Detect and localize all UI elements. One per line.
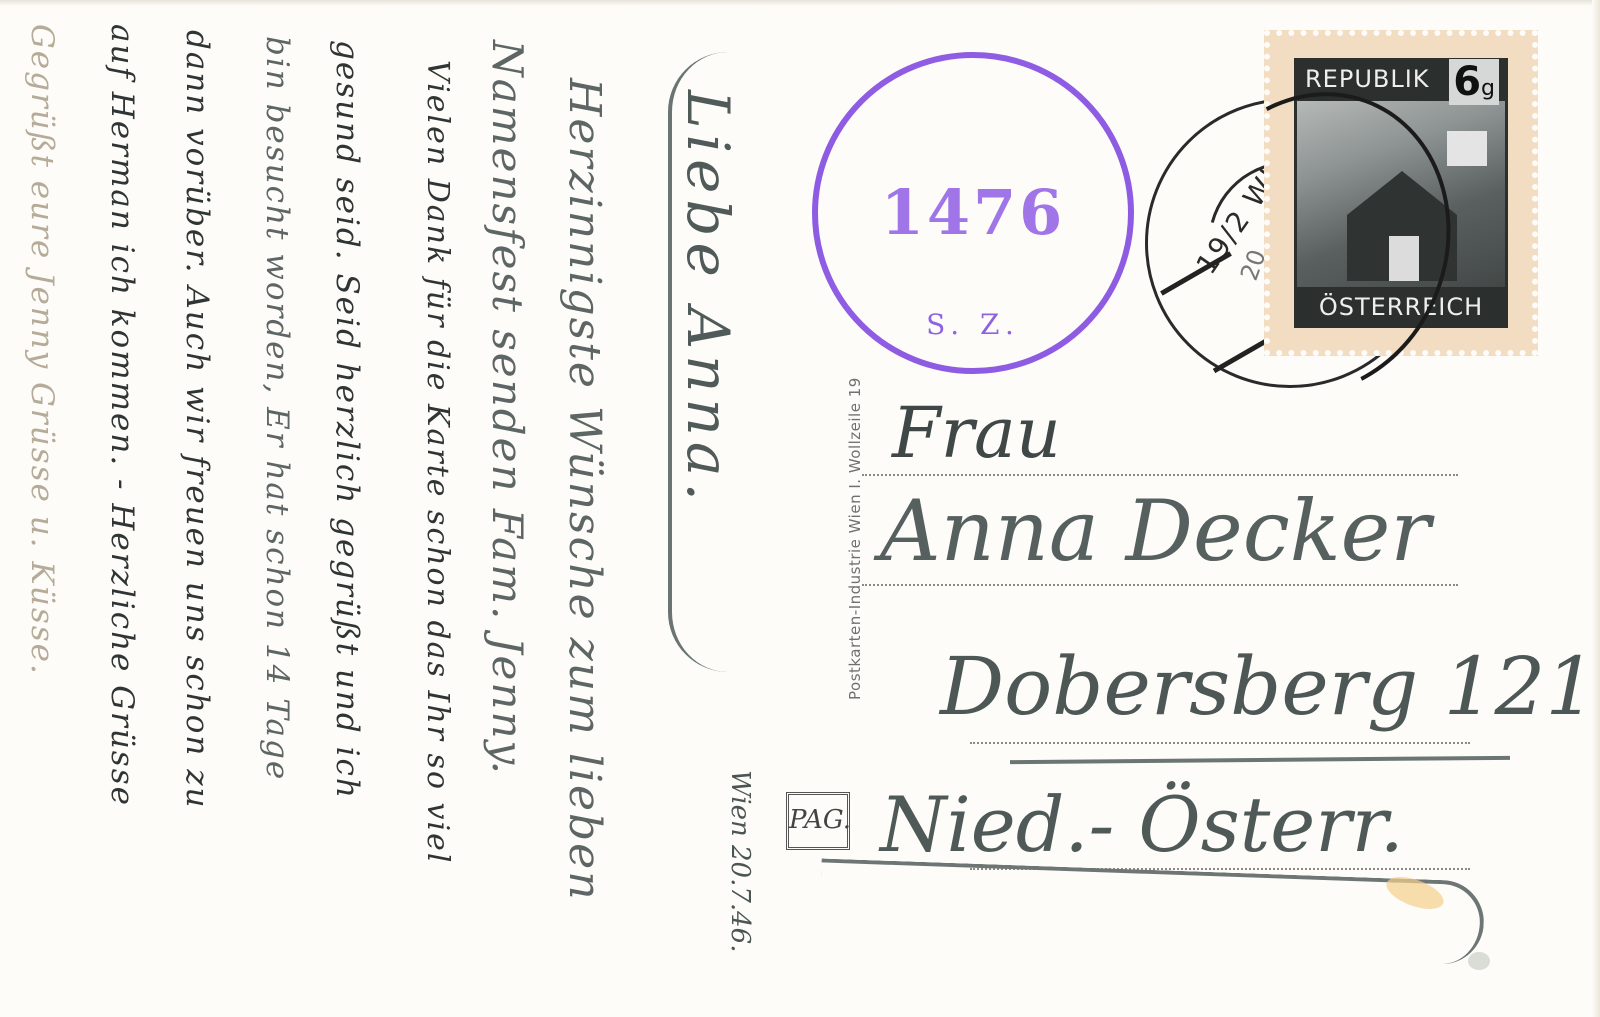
censor-letters: S. Z. bbox=[818, 308, 1128, 341]
message-line-3: Vielen Dank für die Karte schon das Ihr … bbox=[420, 60, 455, 864]
message-line-4: gesund seid. Seid herzlich gegrüßt und i… bbox=[329, 40, 365, 800]
stamp-value-number: 6 bbox=[1453, 59, 1481, 105]
sender-date: Wien 20.7.46. bbox=[725, 770, 755, 952]
card-edge-right bbox=[1592, 0, 1600, 1017]
stamp-value-unit: g bbox=[1481, 76, 1495, 101]
postcard-back: Herzinnigste Wünsche zum lieben Namensfe… bbox=[0, 0, 1600, 1017]
address-salutation: Frau bbox=[892, 392, 1061, 474]
stamp-value: 6g bbox=[1449, 59, 1499, 105]
message-line-2: Namensfest senden Fam. Jenny. bbox=[483, 40, 532, 776]
greeting: Liebe Anna. bbox=[674, 90, 742, 507]
censor-number: 1476 bbox=[818, 176, 1128, 249]
censor-stamp: 1476 S. Z. bbox=[812, 52, 1134, 374]
stain bbox=[1468, 952, 1490, 970]
message-line-7: auf Herman ich kommen. - Herzliche Grüss… bbox=[104, 24, 140, 807]
message-line-5: bin besucht worden, Er hat schon 14 Tage bbox=[259, 36, 295, 781]
publisher-mark: PAG. bbox=[786, 792, 850, 850]
address-name: Anna Decker bbox=[880, 482, 1431, 580]
address-underline bbox=[1010, 756, 1510, 764]
message-line-1: Herzinnigste Wünsche zum lieben bbox=[559, 78, 610, 902]
stamp-castle-icon bbox=[1447, 131, 1487, 166]
address-swoosh bbox=[819, 858, 1486, 965]
address-street: Dobersberg 121. bbox=[940, 640, 1600, 733]
address-line-1 bbox=[862, 474, 1458, 476]
printer-imprint: Postkarten-Industrie Wien I. Wollzeile 1… bbox=[846, 377, 864, 700]
address-line-3 bbox=[970, 742, 1470, 744]
stamp-country-top: REPUBLIK bbox=[1305, 65, 1430, 93]
card-edge-top bbox=[0, 0, 1600, 6]
message-line-6: dann vorüber. Auch wir freuen uns schon … bbox=[179, 30, 215, 810]
address-region: Nied.- Österr. bbox=[880, 780, 1404, 869]
message-line-8: Gegrüßt eure Jenny Grüsse u. Küsse. bbox=[24, 24, 60, 676]
address-line-2 bbox=[862, 584, 1458, 586]
